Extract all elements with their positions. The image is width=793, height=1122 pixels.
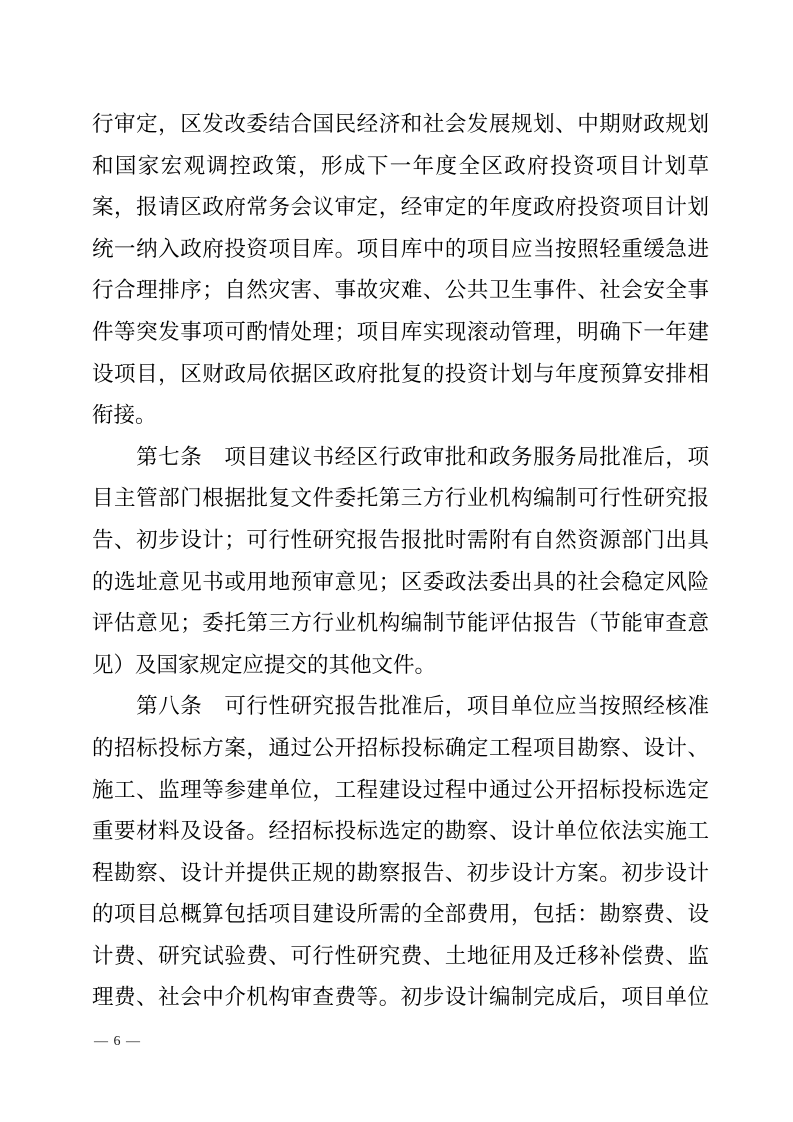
text-line: 目主管部门根据批复文件委托第三方行业机构编制可行性研究报 <box>92 478 709 520</box>
text-line: 行合理排序；自然灾害、事故灾难、公共卫生事件、社会安全事 <box>92 270 709 312</box>
paragraph: 第八条 可行性研究报告批准后，项目单位应当按照经核准的招标投标方案，通过公开招标… <box>92 686 709 1019</box>
document-page: 行审定，区发改委结合国民经济和社会发展规划、中期财政规划和国家宏观调控政策，形成… <box>0 0 793 1122</box>
text-line: 施工、监理等参建单位，工程建设过程中通过公开招标投标选定 <box>92 770 709 812</box>
text-line: 评估意见；委托第三方行业机构编制节能评估报告（节能审查意 <box>92 603 709 645</box>
text-line: 程勘察、设计并提供正规的勘察报告、初步设计方案。初步设计 <box>92 853 709 895</box>
text-line: 件等突发事项可酌情处理；项目库实现滚动管理，明确下一年建 <box>92 312 709 354</box>
text-line: 告、初步设计；可行性研究报告报批时需附有自然资源部门出具 <box>92 520 709 562</box>
text-line: 统一纳入政府投资项目库。项目库中的项目应当按照轻重缓急进 <box>92 229 709 271</box>
text-line: 行审定，区发改委结合国民经济和社会发展规划、中期财政规划 <box>92 104 709 146</box>
paragraph: 第七条 项目建议书经区行政审批和政务服务局批准后，项目主管部门根据批复文件委托第… <box>92 437 709 687</box>
text-line: 衔接。 <box>92 395 709 437</box>
text-line: 第七条 项目建议书经区行政审批和政务服务局批准后，项 <box>92 437 709 479</box>
document-body: 行审定，区发改委结合国民经济和社会发展规划、中期财政规划和国家宏观调控政策，形成… <box>92 104 709 1019</box>
text-line: 计费、研究试验费、可行性研究费、土地征用及迁移补偿费、监 <box>92 936 709 978</box>
text-line: 和国家宏观调控政策，形成下一年度全区政府投资项目计划草 <box>92 146 709 188</box>
text-line: 的选址意见书或用地预审意见；区委政法委出具的社会稳定风险 <box>92 562 709 604</box>
text-line: 理费、社会中介机构审查费等。初步设计编制完成后，项目单位 <box>92 977 709 1019</box>
text-line: 设项目，区财政局依据区政府批复的投资计划与年度预算安排相 <box>92 354 709 396</box>
text-line: 案，报请区政府常务会议审定，经审定的年度政府投资项目计划 <box>92 187 709 229</box>
page-number: — 6 — <box>94 1034 141 1050</box>
paragraph: 行审定，区发改委结合国民经济和社会发展规划、中期财政规划和国家宏观调控政策，形成… <box>92 104 709 437</box>
text-line: 的招标投标方案，通过公开招标投标确定工程项目勘察、设计、 <box>92 728 709 770</box>
text-line: 见）及国家规定应提交的其他文件。 <box>92 645 709 687</box>
text-line: 的项目总概算包括项目建设所需的全部费用，包括：勘察费、设 <box>92 894 709 936</box>
text-line: 重要材料及设备。经招标投标选定的勘察、设计单位依法实施工 <box>92 811 709 853</box>
text-line: 第八条 可行性研究报告批准后，项目单位应当按照经核准 <box>92 686 709 728</box>
